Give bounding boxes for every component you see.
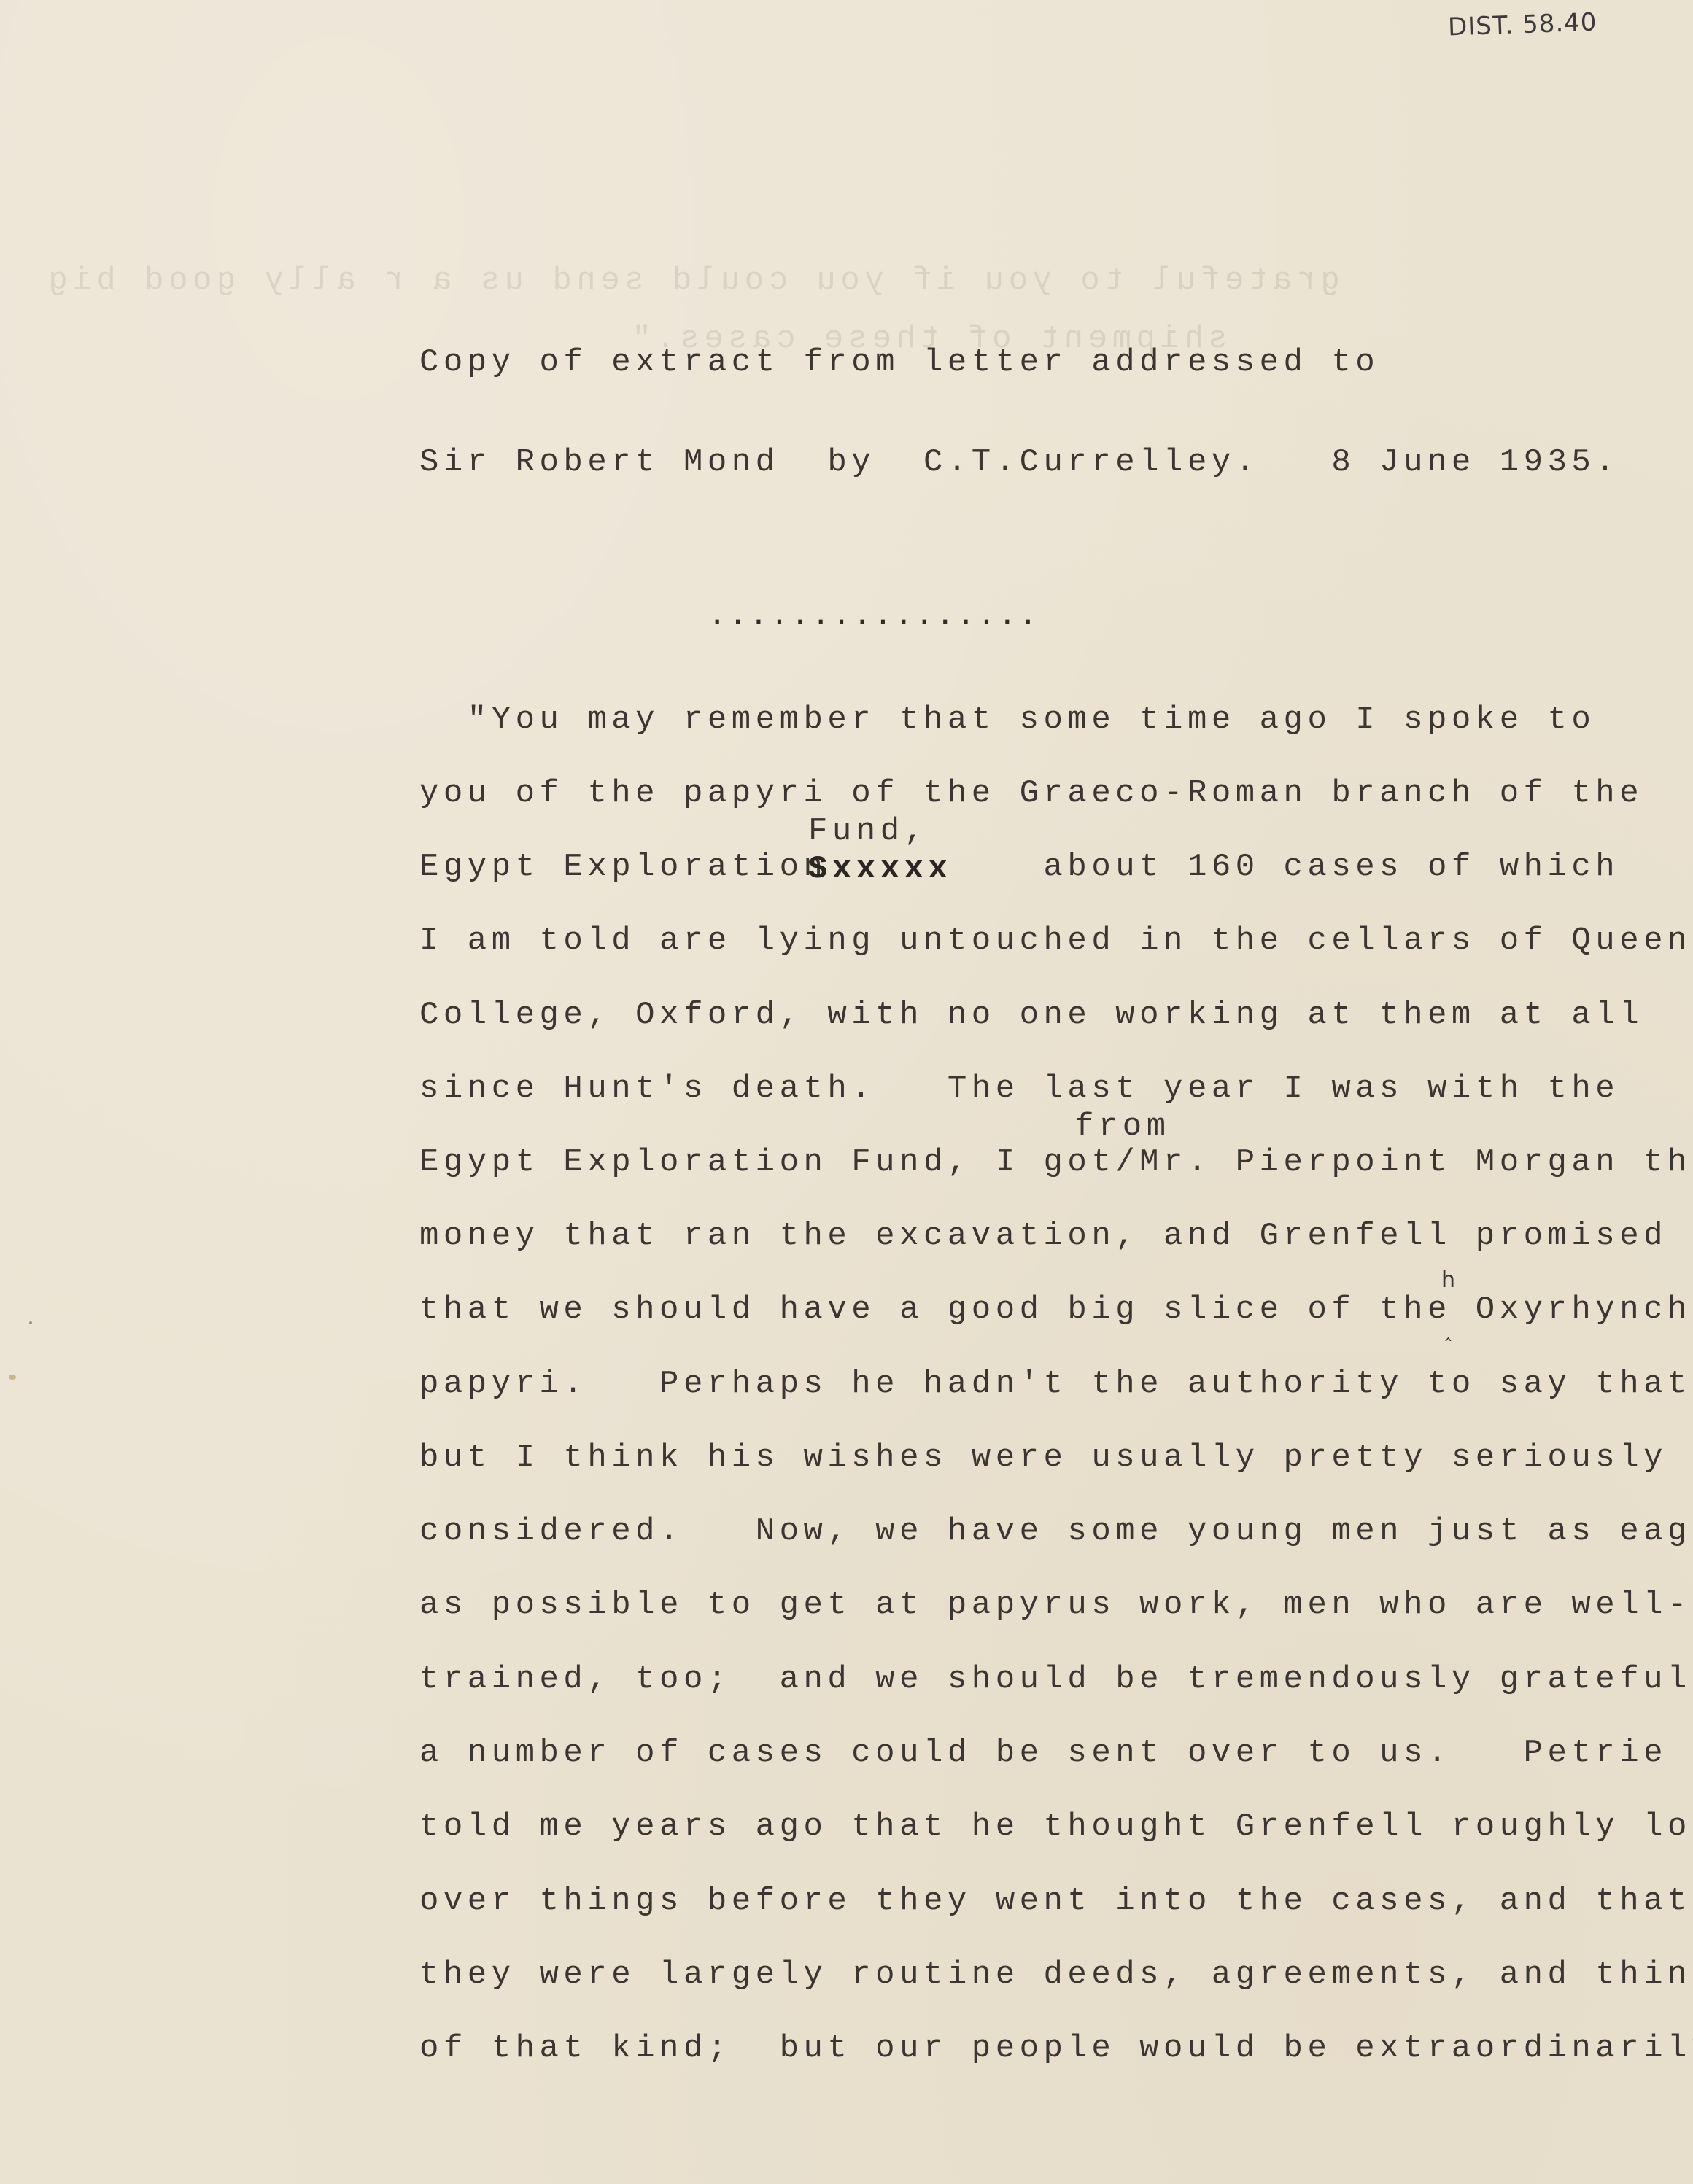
body-line: I am told are lying untouched in the cel… (419, 925, 1693, 957)
body-line: of that kind; but our people would be ex… (419, 2032, 1693, 2064)
body-line: you of the papyri of the Graeco-Roman br… (419, 777, 1643, 809)
body-line: trained, too; and we should be tremendou… (419, 1663, 1693, 1695)
body-line: over things before they went into the ca… (419, 1885, 1692, 1917)
heading-line-1: Copy of extract from letter addressed to (419, 346, 1379, 378)
catalog-note: DIST. 58.40 (1447, 7, 1597, 42)
interlinear-insertion-fund: Fund, (808, 813, 929, 850)
body-line: since Hunt's death. The last year I was … (419, 1073, 1619, 1105)
body-line: "You may remember that some time ago I s… (419, 704, 1595, 736)
heading-line-2: Sir Robert Mond by C.T.Currelley. 8 June… (419, 446, 1619, 478)
interlinear-insertion-from: from (1074, 1108, 1171, 1145)
body-line: College, Oxford, with no one working at … (419, 999, 1643, 1031)
body-line: they were largely routine deeds, agreeme… (419, 1959, 1693, 1991)
body-line: told me years ago that he thought Grenfe… (419, 1811, 1693, 1843)
struck-out-word: Sxxxxx (808, 851, 952, 887)
separator-dots: ................ (708, 598, 1039, 634)
body-line: a number of cases could be sent over to … (419, 1737, 1667, 1769)
body-line: Egypt Exploration Fund, I got/Mr. Pierpo… (419, 1146, 1693, 1178)
paper-speck (9, 1375, 16, 1380)
caret-mark-icon: ‸ (1445, 1320, 1452, 1342)
body-line: but I think his wishes were usually pret… (419, 1442, 1667, 1474)
handwritten-correction-mark: h (1441, 1267, 1455, 1293)
body-line: considered. Now, we have some young men … (419, 1515, 1693, 1547)
body-line: as possible to get at papyrus work, men … (419, 1589, 1692, 1621)
body-line: money that ran the excavation, and Grenf… (419, 1220, 1667, 1252)
bleed-through-line-1: grateful to you if you could send us a r… (44, 263, 1340, 299)
paper-speck (29, 1321, 32, 1324)
body-line: that we should have a good big slice of … (419, 1294, 1693, 1326)
body-line: papyri. Perhaps he hadn't the authority … (419, 1368, 1692, 1400)
body-line: Egypt Exploration about 160 cases of whi… (419, 851, 1619, 883)
